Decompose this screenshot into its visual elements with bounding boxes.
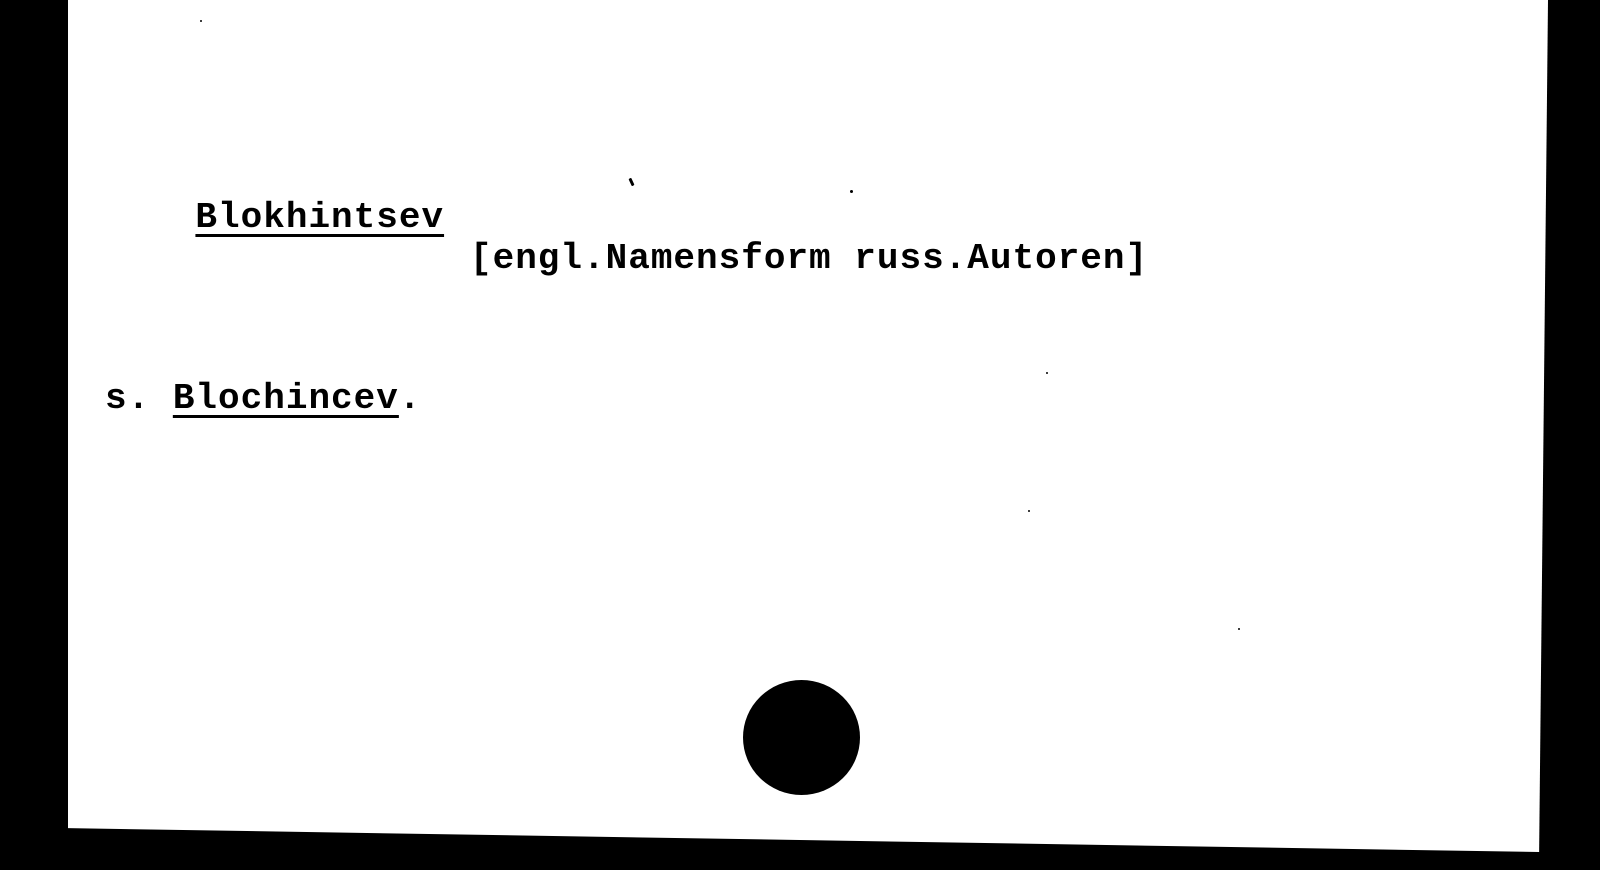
see-reference: s. Blochincev.: [105, 378, 421, 419]
ink-speck: [1238, 628, 1240, 630]
punch-hole: [743, 680, 860, 795]
card-note: [engl.Namensform russ.Autoren]: [470, 238, 1148, 279]
ink-speck: [850, 190, 853, 193]
ink-speck: [1028, 510, 1030, 512]
card-heading: Blokhintsev: [105, 156, 444, 279]
see-reference-name: Blochincev: [173, 378, 399, 419]
see-prefix: s.: [105, 378, 150, 419]
ink-speck: [1046, 372, 1048, 374]
see-suffix: .: [399, 378, 422, 419]
scanned-catalog-card-page: Blokhintsev [engl.Namensform russ.Autore…: [0, 0, 1600, 870]
ink-speck: [200, 20, 202, 22]
heading-name: Blokhintsev: [195, 197, 444, 238]
